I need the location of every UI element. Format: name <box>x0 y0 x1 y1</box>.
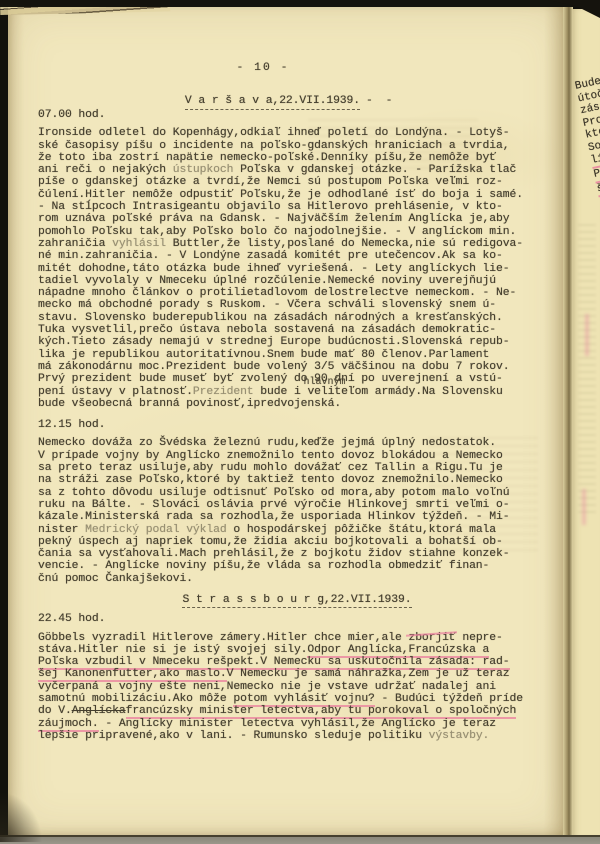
text-segment: pení ústavy v platnosť. <box>38 386 193 398</box>
text-segment: stáva.Hitler nie si je istý svojej sily. <box>38 644 307 656</box>
text-line: V prípade vojny by Anglícko znemožnilo t… <box>38 450 556 462</box>
text-line: záujmoch. - Anglícky minister letectva v… <box>38 718 556 730</box>
margin-fragment-text: Pr <box>593 166 600 183</box>
page-gutter-crease <box>563 7 573 836</box>
text-line: - Na stĺpcoch Intrasigeantu objavilo sa … <box>38 201 556 213</box>
text-segment: mecko má obchodné porady s Ruskom. - Vče… <box>38 299 496 311</box>
text-line: na stráži zase Poľsko,ktoré by taktiež t… <box>38 474 556 486</box>
text-line: má zákonodárnu moc.Prezident bude volený… <box>38 361 556 373</box>
scan-bottom-edge <box>0 835 600 844</box>
text-segment: Poľska v gdanskej otázke. - Parížska tla… <box>233 164 516 176</box>
text-line: rom uznáva poľské práva na Gdansk. - Naj… <box>38 213 556 225</box>
adjacent-page-text: Bude lútočnzásadProtktorSoklíčPrša <box>574 73 600 198</box>
text-segment: na stráži zase Poľsko,ktoré by taktiež t… <box>38 474 503 486</box>
text-line: né min.zahraničia. - V Londýne zasadá ko… <box>38 250 556 262</box>
text-segment: zahraničia <box>38 238 112 250</box>
text-segment: - Budúci týždeň príde <box>375 693 523 705</box>
text-segment: nepre- <box>456 632 503 644</box>
text-line: mitét dohodne,táto otázka bude ihneď vyr… <box>38 263 556 275</box>
text-line: ruku na Bálte. - Slováci oslávia prvé vý… <box>38 499 556 511</box>
ink-bleedthrough <box>578 224 596 514</box>
text-segment: tadiel vyvolaly v Nmeceku úplné rozčúlen… <box>38 275 496 287</box>
text-segment: kých.Tieto zásady nemajú v strednej Euro… <box>38 336 510 348</box>
section-dateline: S t r a s s b o u r g,22.VII.1939. <box>182 594 411 608</box>
text-line: ské časopisy píšu o incidente na poľsko-… <box>38 140 556 152</box>
text-segment: má zákonodárnu moc.Prezident bude volený… <box>38 361 510 373</box>
text-segment: do V. <box>38 705 72 717</box>
text-segment: ústupkoch <box>173 164 234 176</box>
pink-pencil-smudge <box>585 314 589 356</box>
scan-top-edge <box>0 0 600 7</box>
text-line: lika je republikou autoritatívnou.Snem b… <box>38 349 556 361</box>
text-line: do V.Anglíckafrancúzsky minister letectv… <box>38 705 556 717</box>
text-segment: čúlení.Hitler nemôže odpustiť Poľsku,že … <box>38 189 523 201</box>
scanned-document: - 10 - V a r š a v a,22.VII.1939.- - 07.… <box>0 0 600 844</box>
text-line: nápadne mnoho článkov o protilietadlovom… <box>38 287 556 299</box>
text-line: čnú pomoc Čankajšekovi. <box>38 573 556 585</box>
dateline-trail-dashes: - - <box>366 95 396 107</box>
text-segment: kázale.Ministerská rada sa rozhodla,že u… <box>38 511 510 523</box>
time-label: 12.15 hod. <box>38 419 556 431</box>
text-line: mecko má obchodné porady s Ruskom. - Vče… <box>38 299 556 311</box>
text-segment: Medrický podal výklad <box>85 524 226 536</box>
text-segment: Göbbels vyzradil Hitlerove zámery.Hitler… <box>38 632 408 644</box>
text-line: že toto iba zostrí napätie nemecko-poľsk… <box>38 152 556 164</box>
text-line: píše o gdanskej otázke a tvrdí,že Nemci … <box>38 176 556 188</box>
paragraph: Ironside odletel do Kopenhágy,odkiaľ ihn… <box>38 127 556 410</box>
text-line: Nemecko dováža zo Švédska železnú rudu,k… <box>38 437 556 449</box>
text-segment: pomohlo Poľsku tak,aby Poľsko bolo čo na… <box>38 226 516 238</box>
text-segment: píše o gdanskej otázke a tvrdí,že Nemci … <box>38 176 503 188</box>
text-segment: ruku na Bálte. - Slováci oslávia prvé vý… <box>38 499 510 511</box>
page-number: - 10 - <box>8 62 518 74</box>
text-segment: lika je republikou autoritatívnou.Snem b… <box>38 349 489 361</box>
text-segment: Anglícka <box>72 705 126 717</box>
adjacent-page-edge: Bude lútočnzásadProtktorSoklíčPrša <box>573 9 600 838</box>
margin-fragment-text: líč <box>590 151 600 169</box>
margin-fragment-text: ša <box>596 181 600 198</box>
time-label: 07.00 hod. <box>38 109 556 121</box>
text-line: lepšie pripravené,ako v lani. - Rumunsko… <box>38 730 556 742</box>
text-segment: samotnú mobilizáciu.Ako môže <box>38 693 233 705</box>
text-segment: vyhlásil <box>112 238 166 250</box>
text-segment: Nemecko dováža zo Švédska železnú rudu,k… <box>38 437 496 449</box>
text-segment: čania sa vysťahovali.Mach prehlásil,že z… <box>38 548 510 560</box>
text-line: pomohlo Poľsku tak,aby Poľsko bolo čo na… <box>38 226 556 238</box>
time-label: 22.45 hod. <box>38 613 556 625</box>
text-line: Ironside odletel do Kopenhágy,odkiaľ ihn… <box>38 127 556 139</box>
text-segment: ské časopisy píšu o incidente na poľsko-… <box>38 140 510 152</box>
text-segment: zborjiť <box>408 632 455 644</box>
text-line: Göbbels vyzradil Hitlerove zámery.Hitler… <box>38 632 556 644</box>
text-line: samotnú mobilizáciu.Ako môže potom vyhlá… <box>38 693 556 705</box>
document-dateline: V a r š a v a,22.VII.1939. <box>185 95 360 109</box>
text-line: kých.Tieto zásady nemajú v strednej Euro… <box>38 336 556 348</box>
text-line: tadiel vyvolaly v Nmeceku úplné rozčúlen… <box>38 275 556 287</box>
text-segment: Tuka vysvetlil,prečo ústava nebola sosta… <box>38 324 496 336</box>
text-segment: né min.zahraničia. - V Londýne zasadá ko… <box>38 250 503 262</box>
text-segment: Prvý prezident bude museť byť zvolený do… <box>38 373 503 385</box>
text-line: nister Medrický podal výklad o hospodárs… <box>38 524 556 536</box>
text-segment: o hospodárskej pôžičke štátu,ktorá mala <box>227 524 496 536</box>
text-line: vyčerpaná a vojny ešte neni,Nemecko nie … <box>38 681 556 693</box>
text-segment: Prezident <box>193 386 254 398</box>
text-segment: že toto iba zostrí napätie nemecko-poľsk… <box>38 152 496 164</box>
text-segment: rom uznáva poľské práva na Gdansk. - Naj… <box>38 213 510 225</box>
text-segment: Ironside odletel do Kopenhágy,odkiaľ ihn… <box>38 127 510 139</box>
section-header: S t r a s s b o u r g,22.VII.1939. <box>38 594 556 608</box>
text-line: zahraničia vyhlásil Buttler,že listy,pos… <box>38 238 556 250</box>
inserted-correction-word: hlavným <box>303 377 345 389</box>
text-line: stáva.Hitler nie si je istý svojej sily.… <box>38 644 556 656</box>
text-line: stavu. Slovensko buderepublikou na zásad… <box>38 312 556 324</box>
text-segment: výstavby. <box>429 730 490 742</box>
text-segment: bude všeobecná branná povinosť,ipredvoje… <box>38 398 341 410</box>
text-line: vencie. - Anglícke noviny píšu,že vláda … <box>38 560 556 572</box>
text-segment: nápadne mnoho článkov o protilietadlovom… <box>38 287 516 299</box>
text-line: Prvý prezident bude museť byť zvolený do… <box>38 373 556 385</box>
text-segment: mitét dohodne,táto otázka bude ihneď vyr… <box>38 263 510 275</box>
text-segment: nister <box>38 524 85 536</box>
text-line: sa z tohto dôvodu usiluje odtisnuť Poľsk… <box>38 487 556 499</box>
text-segment: vencie. - Anglícke noviny píšu,že vláda … <box>38 560 489 572</box>
text-line: bude všeobecná branná povinosť,ipredvoje… <box>38 398 556 410</box>
text-segment: V prípade vojny by Anglícko znemožnilo t… <box>38 450 503 462</box>
page-corner-curl <box>0 790 44 842</box>
text-segment: armády.Na Slovensku <box>368 386 503 398</box>
text-segment: ani reči o nejakých <box>38 164 173 176</box>
text-segment: veliteľomhlavným <box>307 386 368 398</box>
text-segment: lepšie pripravené,ako v lani. - Rumunsko… <box>38 730 429 742</box>
text-segment: vyčerpaná a vojny ešte neni,Nemecko nie … <box>38 681 496 693</box>
text-line: Tuka vysvetlil,prečo ústava nebola sosta… <box>38 324 556 336</box>
text-segment: - Anglícky minister letectva vyhlásil,že… <box>99 718 496 730</box>
text-line: ani reči o nejakých ústupkoch Poľska v g… <box>38 164 556 176</box>
text-segment: sa z tohto dôvodu usiluje odtisnuť Poľsk… <box>38 487 510 499</box>
document-body: 07.00 hod.Ironside odletel do Kopenhágy,… <box>38 109 556 751</box>
text-segment: - Na stĺpcoch Intrasigeantu objavilo sa … <box>38 201 503 213</box>
text-segment: sa preto teraz usiluje,aby rudu mohlo do… <box>38 462 503 474</box>
text-line: sa preto teraz usiluje,aby rudu mohlo do… <box>38 462 556 474</box>
text-line: pení ústavy v platnosť.Prezident bude i … <box>38 386 556 398</box>
paragraph: Nemecko dováža zo Švédska železnú rudu,k… <box>38 437 556 585</box>
text-line: pekný úspech aj napriek tomu,že židia ak… <box>38 536 556 548</box>
text-segment: Buttler,že listy,poslané do Nemecka,nie … <box>166 238 523 250</box>
text-line: čúlení.Hitler nemôže odpustiť Poľsku,že … <box>38 189 556 201</box>
paragraph: Göbbels vyzradil Hitlerove zámery.Hitler… <box>38 632 556 743</box>
text-segment: stavu. Slovensko buderepublikou na zásad… <box>38 312 503 324</box>
text-segment: bude i <box>254 386 308 398</box>
text-line: kázale.Ministerská rada sa rozhodla,že u… <box>38 511 556 523</box>
text-segment: V Nemecku je samá náhražka,Zem je už ter… <box>227 668 510 680</box>
text-segment: pekný úspech aj napriek tomu,že židia ak… <box>38 536 503 548</box>
text-segment: čnú pomoc Čankajšekovi. <box>38 573 193 585</box>
text-line: šej Kanonenfutter,ako maslo.V Nemecku je… <box>38 668 556 680</box>
document-page: - 10 - V a r š a v a,22.VII.1939.- - 07.… <box>8 7 566 836</box>
text-line: čania sa vysťahovali.Mach prehlásil,že z… <box>38 548 556 560</box>
text-line: Poľska vzbudil v Nmeceku rešpekt.V Nemec… <box>38 656 556 668</box>
pink-pencil-smudge <box>582 489 586 525</box>
